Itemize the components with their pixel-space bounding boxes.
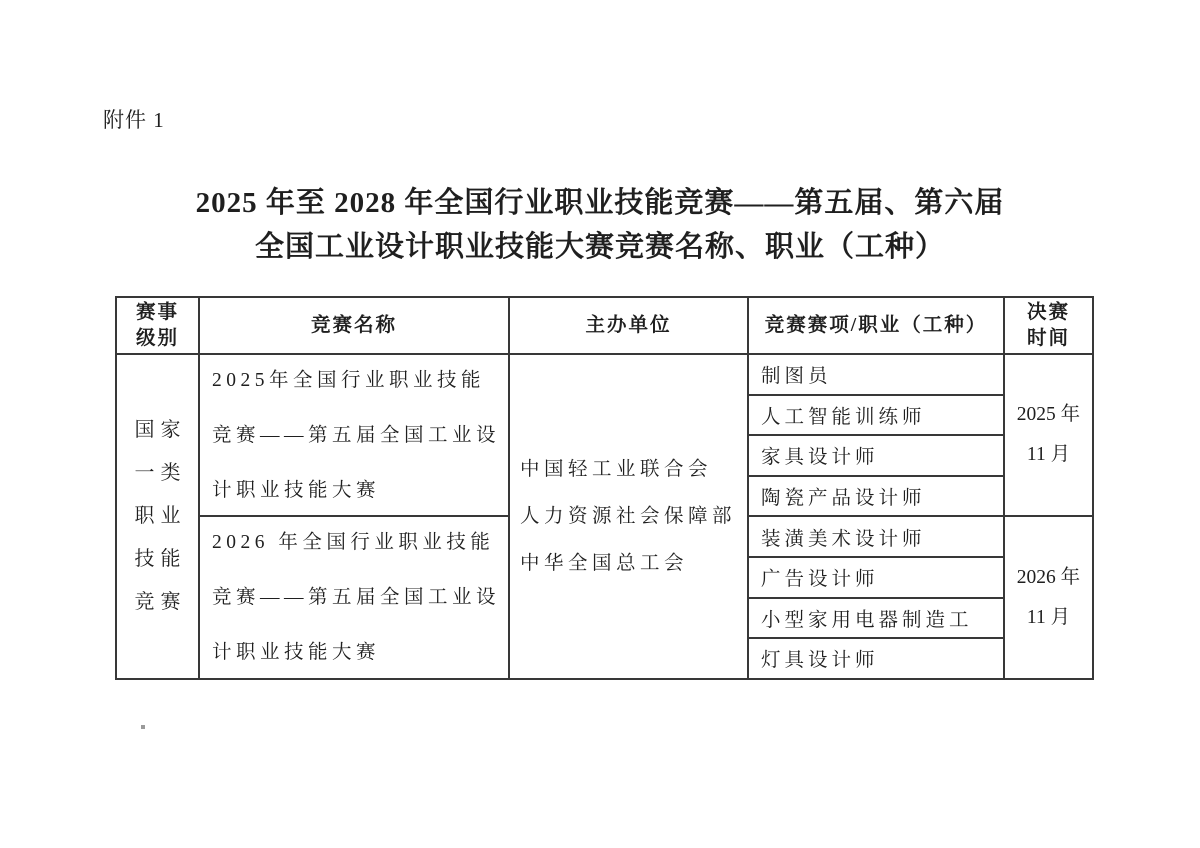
col-header-organizer: 主办单位 xyxy=(510,298,749,355)
competition-name-2025: 2025年全国行业职业技能竞赛——第五届全国工业设计职业技能大赛 xyxy=(212,355,502,517)
final-time-2025-line2: 11 月 xyxy=(1027,435,1070,475)
col-header-level: 赛事 级别 xyxy=(117,298,200,355)
occupation-cell: 陶瓷产品设计师 xyxy=(749,477,1005,518)
competition-name-2026-cell: 2026 年全国行业职业技能竞赛——第五届全国工业设计职业技能大赛 xyxy=(200,517,510,679)
scanned-document-page: { "document": { "attachment_label": "附件 … xyxy=(0,0,1200,848)
final-time-2026-line1: 2026 年 xyxy=(1017,558,1080,598)
col-header-event: 竞赛赛项/职业（工种） xyxy=(749,298,1005,355)
final-time-2025-cell: 2025 年 11 月 xyxy=(1005,355,1094,517)
col-header-level-line2: 级别 xyxy=(136,326,179,352)
level-line: 一类 xyxy=(129,452,187,495)
level-line: 职业 xyxy=(129,495,187,538)
occupation-cell: 小型家用电器制造工 xyxy=(749,599,1005,640)
col-header-final-time: 决赛 时间 xyxy=(1005,298,1094,355)
final-time-2025-line1: 2025 年 xyxy=(1017,395,1080,435)
col-header-final-time-line1: 决赛 xyxy=(1027,300,1070,326)
title-line-2: 全国工业设计职业技能大赛竞赛名称、职业（工种） xyxy=(0,225,1200,269)
final-time-2026-cell: 2026 年 11 月 xyxy=(1005,517,1094,679)
competition-name-2025-cell: 2025年全国行业职业技能竞赛——第五届全国工业设计职业技能大赛 xyxy=(200,355,510,517)
final-time-2026-line2: 11 月 xyxy=(1027,598,1070,638)
col-header-final-time-line2: 时间 xyxy=(1027,326,1070,352)
title-line-1: 2025 年至 2028 年全国行业职业技能竞赛——第五届、第六届 xyxy=(0,181,1200,225)
level-line: 国家 xyxy=(129,409,187,452)
level-cell: 国家 一类 职业 技能 竞赛 xyxy=(117,355,200,680)
occupation-cell: 灯具设计师 xyxy=(749,639,1005,680)
occupation-cell: 制图员 xyxy=(749,355,1005,396)
competition-table: 赛事 级别 竞赛名称 主办单位 竞赛赛项/职业（工种） 决赛 时间 国家 一类 … xyxy=(115,296,1094,680)
organizer-cell: 中国轻工业联合会 人力资源社会保障部 中华全国总工会 xyxy=(510,355,749,680)
occupation-cell: 装潢美术设计师 xyxy=(749,517,1005,558)
col-header-level-line1: 赛事 xyxy=(136,300,179,326)
organizer-line: 中华全国总工会 xyxy=(520,540,688,587)
occupation-cell: 广告设计师 xyxy=(749,558,1005,599)
competition-name-2026: 2026 年全国行业职业技能竞赛——第五届全国工业设计职业技能大赛 xyxy=(212,517,502,679)
organizer-line: 人力资源社会保障部 xyxy=(520,493,736,540)
occupation-cell: 人工智能训练师 xyxy=(749,396,1005,437)
level-line: 竞赛 xyxy=(129,581,187,624)
col-header-name: 竞赛名称 xyxy=(200,298,510,355)
attachment-label: 附件 1 xyxy=(103,104,165,134)
occupation-cell: 家具设计师 xyxy=(749,436,1005,477)
organizer-line: 中国轻工业联合会 xyxy=(520,446,712,493)
scan-artifact-dot xyxy=(141,725,145,729)
level-line: 技能 xyxy=(129,538,187,581)
document-title: 2025 年至 2028 年全国行业职业技能竞赛——第五届、第六届 全国工业设计… xyxy=(0,181,1200,269)
